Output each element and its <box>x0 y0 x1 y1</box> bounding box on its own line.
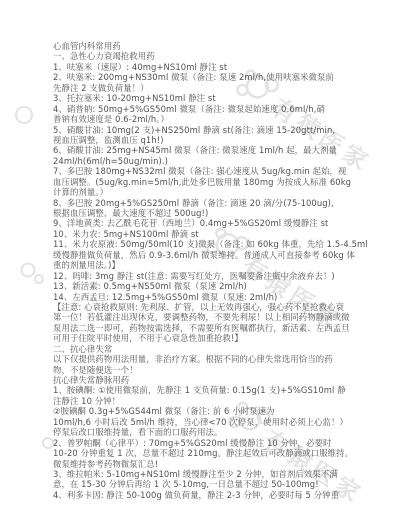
document-line: ②胺碘酮 0.3g+5%GS44ml 微泵（备注: 前 6 小时泵速为 <box>53 406 373 416</box>
document-line: 注静注 10 分钟！ <box>53 396 373 406</box>
document-line: 24ml/h(6ml/h=50ug/min).) <box>53 156 373 166</box>
document-line: 第一位！若低灌注出现休克，要调整药物，不要先利尿！以上相同药物静滴或微 <box>53 312 373 322</box>
document-line: 1、胺碘酮: ①使用微泵前，先静注 1 支负荷量: 0.15g(1 支)+5%G… <box>53 385 373 395</box>
document-lines: 一、急性心力衰竭抢救用药1、呋塞米（速尿）: 40mg+NS10ml 静注 st… <box>53 51 373 500</box>
document-line: 二、抗心律失常 <box>53 344 373 354</box>
document-line: 泵用法二选一即可，药物按需选择，不需要所有医嘱都执行，新活素、左西孟旦 <box>53 323 373 333</box>
document-line: 10-20 分钟重复 1 次，总量不超过 210mg。静注起效后可改静滴或口服维… <box>53 448 373 458</box>
document-line: 3、托拉塞米: 10-20mg+NS10ml 静注 st <box>53 93 373 103</box>
document-line: 14、左西孟旦: 12.5mg+5%GS50ml 微泵（泵速: 2ml/h) <box>53 292 373 302</box>
document-line: 重的剂量用法。)】 <box>53 260 373 270</box>
document-line: 9、洋地黄类: 去乙酰毛花苷（西地兰）0.4mg+5%GS20ml 缓慢静注 s… <box>53 218 373 228</box>
document-line: 13、新活素: 0.5mg+NS50ml 微泵（泵速 2ml/h) <box>53 281 373 291</box>
document-line: 5、硝酸甘油: 10mg(2 支)+NS250ml 静滴 st(备注: 滴速 1… <box>53 125 373 135</box>
document-line: 一、急性心力衰竭抢救用药 <box>53 51 373 61</box>
document-line: 根据血压调整，最大速度不超过 500ug!) <box>53 208 373 218</box>
document-line: 缓慢静推做负荷量，然后 0.9-3.6ml/h 微泵维持。普通成人可直接参考 6… <box>53 250 373 260</box>
document-content: 心血管内科常用药 一、急性心力衰竭抢救用药1、呋塞米（速尿）: 40mg+NS1… <box>53 41 373 500</box>
document-line: 视血压调整，监测血压 q1h!) <box>53 135 373 145</box>
document-line: 2、普罗帕酮（心律平）: 70mg+5%GS20ml 缓慢静注 10 分钟，必要… <box>53 438 373 448</box>
document-line: 6、硝酸甘油: 25mg+NS45ml 微泵（备注: 微泵速度 1ml/h 起，… <box>53 145 373 155</box>
document-line: 7、多巴胺 180mg+NS32ml 微泵（备注: 强心速度从 5ug/kg.m… <box>53 166 373 176</box>
document-line: 3、维拉帕米: 5-10mg+NS10ml 缓慢静注至少 2 分钟，如首剂后效果… <box>53 469 373 479</box>
document-line: 血压调整。(5ug/kg.min=5ml/h,此处多巴胺用量 180mg 为按成… <box>53 177 373 187</box>
document-line: 12、吗啡: 3mg 静注 st(注意: 需要写红处方，医嘱要备注瓶中余液弃去！… <box>53 271 373 281</box>
document-line: 4、硝普钠: 50mg+5%GS50ml 微泵（备注: 微泵起始速度 0.6ml… <box>53 104 373 114</box>
document-line: 4、利多卡因: 静注 50-100g 做负荷量，静注 2-3 分钟，必要时每 5… <box>53 490 373 500</box>
document-line: 1、呋塞米（速尿）: 40mg+NS10ml 静注 st <box>53 62 373 72</box>
document-line: 【注意: 心衰抢救原则: 先利尿、扩管，以上无效再强心，强心药不是抢救心衰 <box>53 302 373 312</box>
document-page: 有猿医家 有猿医家 有猿医家 心血管内科常用药 一、急性心力衰竭抢救用药1、呋塞… <box>0 0 400 509</box>
document-line: 抗心律失常静脉用药 <box>53 375 373 385</box>
document-line: 普钠有效速度是 0.6-2ml/h。） <box>53 114 373 124</box>
document-line: 计算的剂量。） <box>53 187 373 197</box>
document-line: 10ml/h,6 小时后改 5ml/h 维持，当心律<70 次停泵，使用时必须上… <box>53 417 373 427</box>
document-line: 物，不是随便选一个！ <box>53 365 373 375</box>
document-line: 意，在 15-30 分钟后再给 1 次 5-10mg,一日总量不超过 50-10… <box>53 479 373 489</box>
document-line: 以下仅提供药物用法用量，非治疗方案。根据不同的心律失常选用恰当的药 <box>53 354 373 364</box>
document-line: 可用于住院平时使用，不用于心衰急性加重抢救!】 <box>53 333 373 343</box>
document-line: 8、多巴胺 20mg+5%GS250ml 静滴（备注: 滴速 20 滴/分(75… <box>53 198 373 208</box>
document-line: 微泵维持参考药物微泵汇总! <box>53 459 373 469</box>
document-line: 11、米力农原液: 50mg/50ml(10 支)微泵（备注: 如 60kg 体… <box>53 239 373 249</box>
document-line: 2、呋塞米: 200mg+NS30ml 微泵（备注: 泵速 2ml/h,使用呋塞… <box>53 72 373 82</box>
document-line: 10、米力农: 5mg+NS100ml 静滴 st <box>53 229 373 239</box>
document-line: 先静注 2 支做负荷量！） <box>53 83 373 93</box>
document-line: 停泵后改口服维持量，看下面的口服药用法。 <box>53 427 373 437</box>
page-title: 心血管内科常用药 <box>53 41 373 51</box>
